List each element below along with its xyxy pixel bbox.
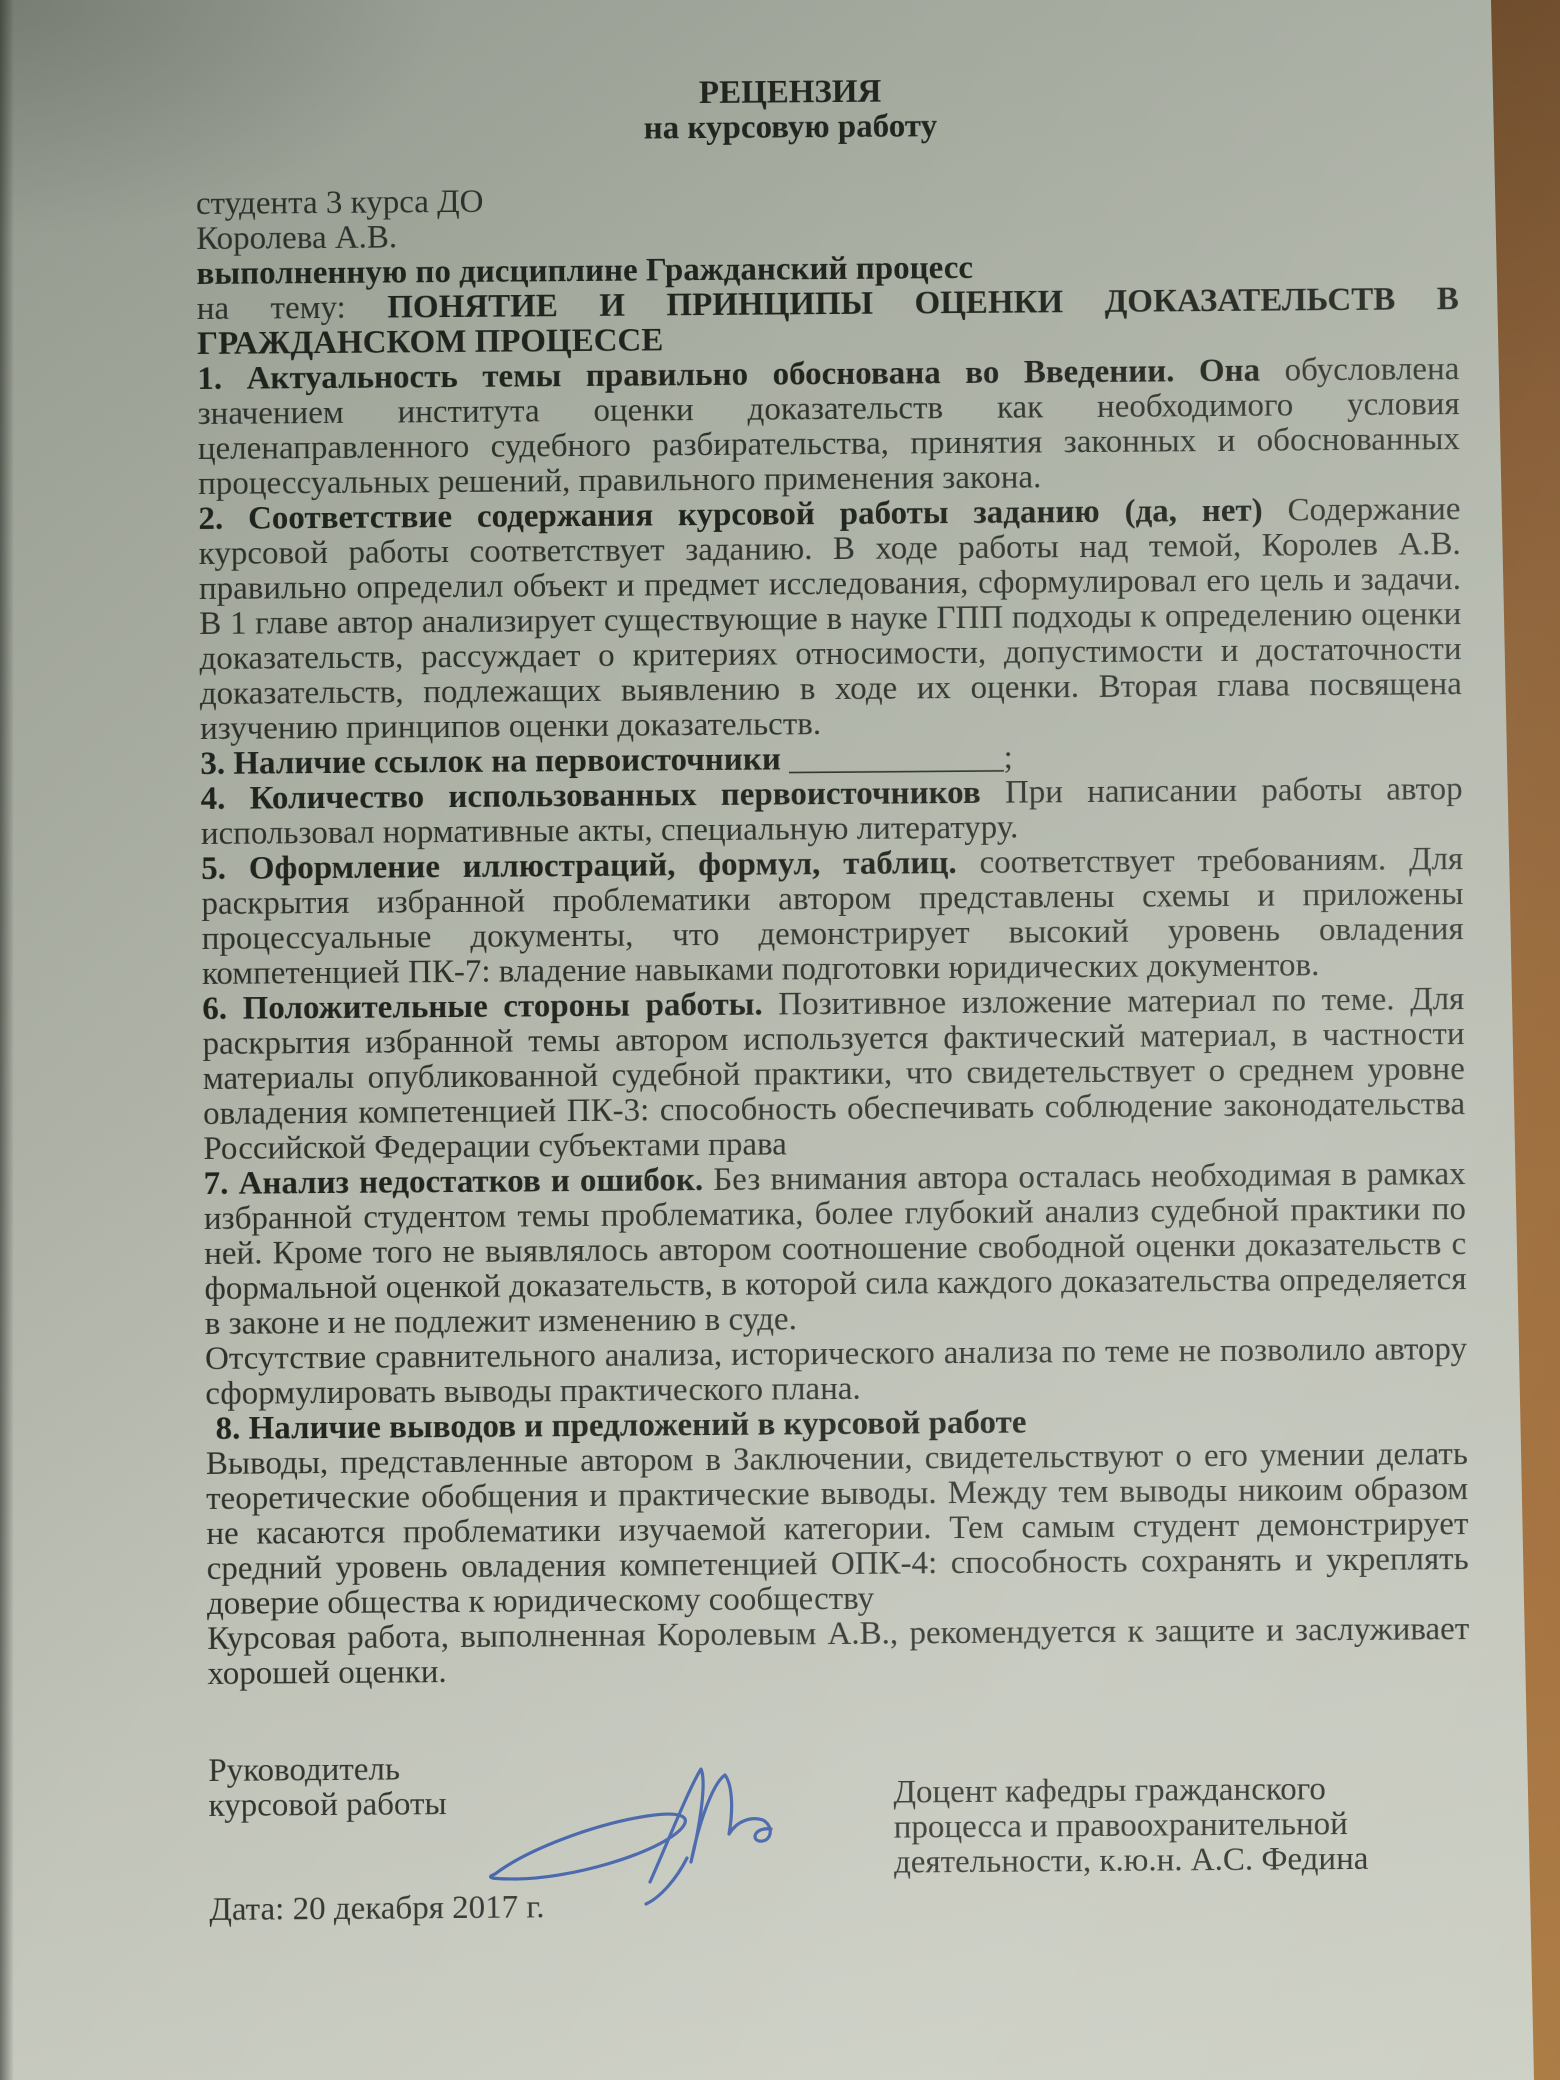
review-body: 1. Актуальность темы правильно обоснован…	[197, 352, 1469, 1692]
supervisor-title-line: Доцент кафедры гражданского	[893, 1771, 1453, 1810]
document-paper: РЕЦЕНЗИЯ на курсовую работу студента 3 к…	[0, 0, 1560, 2080]
review-paragraph: 2. Соответствие содержания курсовой рабо…	[198, 492, 1462, 747]
supervisor-title: Доцент кафедры гражданского процесса и п…	[893, 1771, 1454, 1880]
supervisor-title-line: деятельности, к.ю.н. А.С. Федина	[894, 1841, 1454, 1880]
review-paragraph: 6. Положительные стороны работы. Позитив…	[202, 982, 1465, 1167]
date-line: Дата: 20 декабря 2017 г.	[209, 1883, 1471, 1928]
review-paragraph: 4. Количество использованных первоисточн…	[201, 772, 1464, 852]
document-header: РЕЦЕНЗИЯ на курсовую работу	[195, 70, 1458, 150]
review-paragraph: 7. Анализ недостатков и ошибок. Без вним…	[204, 1157, 1467, 1342]
review-paragraph: Отсутствие сравнительного анализа, истор…	[205, 1332, 1468, 1412]
review-paragraph: Выводы, представленные автором в Заключе…	[206, 1437, 1469, 1622]
intro-block: студента 3 курса ДО Королева А.В. выполн…	[196, 177, 1459, 362]
topic-line: на тему: ПОНЯТИЕ И ПРИНЦИПЫ ОЦЕНКИ ДОКАЗ…	[197, 282, 1460, 362]
review-paragraph: 5. Оформление иллюстраций, формул, табли…	[201, 842, 1464, 992]
signature-block: Руководитель курсовой работы Доцент кафе…	[208, 1744, 1472, 2054]
review-paragraph: 1. Актуальность темы правильно обоснован…	[197, 352, 1460, 502]
review-paragraph: Курсовая работа, выполненная Королевым А…	[207, 1612, 1470, 1692]
review-document: РЕЦЕНЗИЯ на курсовую работу студента 3 к…	[195, 70, 1472, 2054]
supervisor-title-line: процесса и правоохранительной	[894, 1806, 1454, 1845]
